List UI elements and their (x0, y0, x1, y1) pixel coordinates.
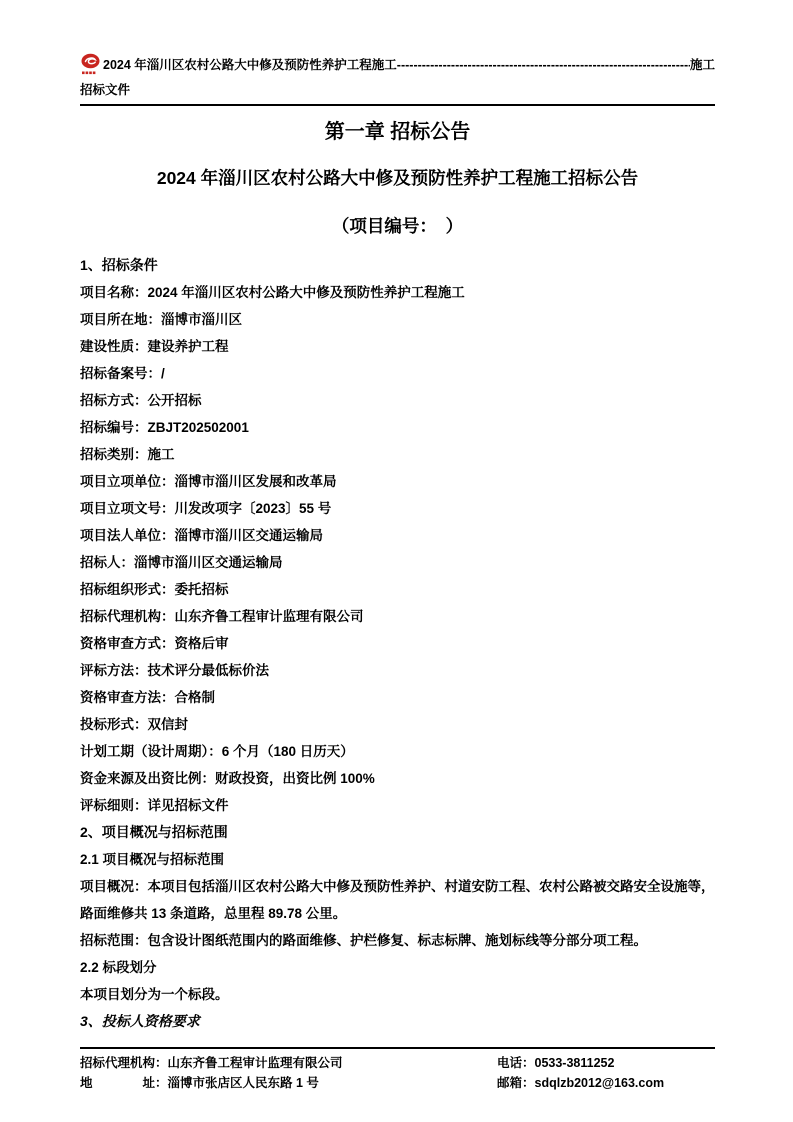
footer-address: 地 址：淄博市张店区人民东路 1 号 (80, 1073, 497, 1093)
company-seal-icon (80, 52, 101, 83)
field-tender-category: 招标类别：施工 (80, 441, 715, 468)
project-overview-paragraph: 项目概况：本项目包括淄川区农村公路大中修及预防性养护、村道安防工程、农村公路被交… (80, 873, 715, 927)
header-project-title: 2024 年淄川区农村公路大中修及预防性养护工程施工 (103, 56, 397, 75)
section-2-heading: 2、项目概况与招标范围 (80, 819, 715, 846)
field-qualification-review-method: 资格审查方式：资格后审 (80, 630, 715, 657)
footer-phone: 电话：0533-3811252 (497, 1053, 715, 1073)
field-filing-number: 招标备案号：/ (80, 360, 715, 387)
field-bid-form: 投标形式：双信封 (80, 711, 715, 738)
section-1-heading: 1、招标条件 (80, 252, 715, 279)
document-body: 1、招标条件 项目名称：2024 年淄川区农村公路大中修及预防性养护工程施工 项… (80, 252, 715, 1035)
field-tender-method: 招标方式：公开招标 (80, 387, 715, 414)
field-tenderer: 招标人：淄博市淄川区交通运输局 (80, 549, 715, 576)
announcement-title: 2024 年淄川区农村公路大中修及预防性养护工程施工招标公告 (80, 166, 715, 190)
page-content: 2024 年淄川区农村公路大中修及预防性养护工程施工 -------------… (80, 50, 715, 1035)
subsection-2-1-heading: 2.1 项目概况与招标范围 (80, 846, 715, 873)
chapter-title: 第一章 招标公告 (80, 118, 715, 146)
page-footer: 招标代理机构：山东齐鲁工程审计监理有限公司 电话：0533-3811252 地 … (80, 1047, 715, 1093)
footer-email: 邮箱：sdqlzb2012@163.com (497, 1073, 715, 1093)
field-funding-source: 资金来源及出资比例：财政投资，出资比例 100% (80, 765, 715, 792)
field-project-location: 项目所在地：淄博市淄川区 (80, 306, 715, 333)
field-qualification-system: 资格审查方法：合格制 (80, 684, 715, 711)
field-construction-nature: 建设性质：建设养护工程 (80, 333, 715, 360)
header-line-2: 招标文件 (80, 81, 715, 100)
footer-row-1: 招标代理机构：山东齐鲁工程审计监理有限公司 电话：0533-3811252 (80, 1053, 715, 1073)
field-approval-unit: 项目立项单位：淄博市淄川区发展和改革局 (80, 468, 715, 495)
project-number-line: （项目编号： ） (80, 214, 715, 238)
field-organization-form: 招标组织形式：委托招标 (80, 576, 715, 603)
document-page: 2024 年淄川区农村公路大中修及预防性养护工程施工 -------------… (0, 0, 793, 1122)
footer-row-2: 地 址：淄博市张店区人民东路 1 号 邮箱：sdqlzb2012@163.com (80, 1073, 715, 1093)
page-header: 2024 年淄川区农村公路大中修及预防性养护工程施工 -------------… (80, 50, 715, 106)
field-evaluation-rules: 评标细则：详见招标文件 (80, 792, 715, 819)
footer-agency: 招标代理机构：山东齐鲁工程审计监理有限公司 (80, 1053, 497, 1073)
field-approval-doc-number: 项目立项文号：川发改项字〔2023〕55 号 (80, 495, 715, 522)
field-planned-duration: 计划工期（设计周期）：6 个月（180 日历天） (80, 738, 715, 765)
header-doc-type-suffix: 施工 (690, 56, 715, 75)
subsection-2-2-heading: 2.2 标段划分 (80, 954, 715, 981)
header-line-1: 2024 年淄川区农村公路大中修及预防性养护工程施工 -------------… (80, 50, 715, 81)
field-evaluation-method: 评标方法：技术评分最低标价法 (80, 657, 715, 684)
field-tender-agency: 招标代理机构：山东齐鲁工程审计监理有限公司 (80, 603, 715, 630)
header-dash-filler: ----------------------------------------… (397, 56, 690, 75)
tender-scope-paragraph: 招标范围：包含设计图纸范围内的路面维修、护栏修复、标志标牌、施划标线等分部分项工… (80, 927, 715, 954)
field-legal-entity: 项目法人单位：淄博市淄川区交通运输局 (80, 522, 715, 549)
field-tender-number: 招标编号：ZBJT202502001 (80, 414, 715, 441)
section-3-heading: 3、投标人资格要求 (80, 1008, 715, 1035)
field-project-name: 项目名称：2024 年淄川区农村公路大中修及预防性养护工程施工 (80, 279, 715, 306)
lot-division-text: 本项目划分为一个标段。 (80, 981, 715, 1008)
